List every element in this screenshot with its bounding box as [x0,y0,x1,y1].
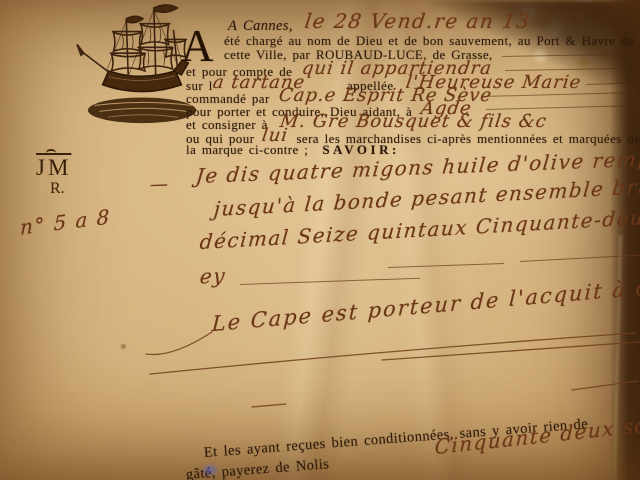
stain-ochre [578,58,589,67]
cargo-dash: — [150,176,170,198]
blue-ink-mark [200,463,220,477]
mark-letter: R. [50,180,65,198]
date-handwritten: le 28 Vend.re an 13 [303,9,532,33]
savoir-label: SAVOIR: [322,142,399,157]
stain-dot [121,344,126,349]
photo-of-bill-of-lading: A Cannes, le 28 Vend.re an 13 A été char… [0,0,640,480]
line-marque-savoir: la marque ci-contre ; SAVOIR: [186,141,400,159]
cargo-line-4: ey [200,266,227,291]
mark-monogram: JM [36,155,71,181]
printed-text: la marque ci-contre ; [186,142,308,157]
